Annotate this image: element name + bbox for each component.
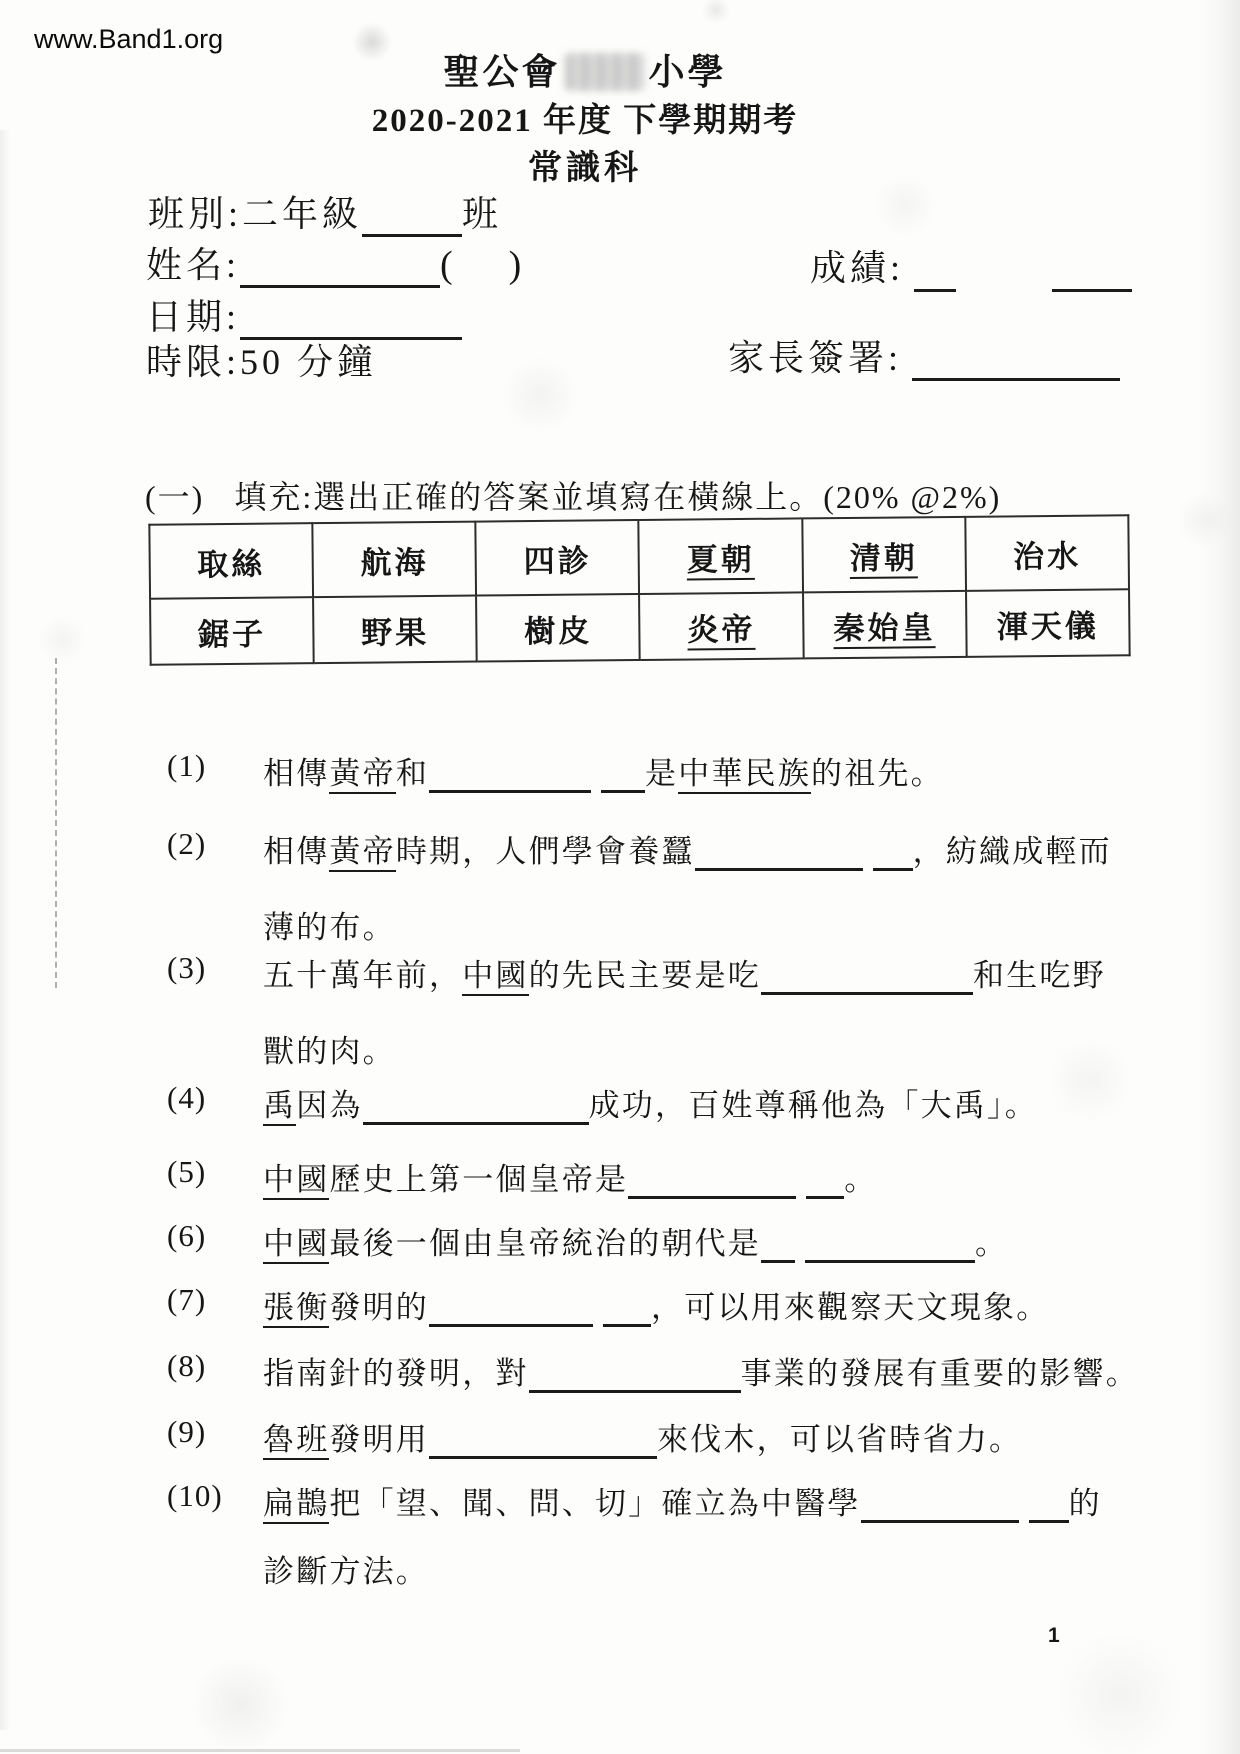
text-run: 是 <box>645 756 678 791</box>
class-label: 班別:二年級 <box>148 194 362 234</box>
answer-blank <box>761 1228 795 1263</box>
parent-signature-label: 家長簽署: <box>728 338 902 378</box>
redacted-school-name <box>565 53 645 91</box>
question-9: (9) 魯班發明用來伐木，可以省時省力。 <box>167 1414 1022 1459</box>
paren-close: ) <box>509 244 522 286</box>
score-blank-line-2 <box>1052 275 1132 292</box>
section-one-header: (一) 填充:選出正確的答案並填寫在橫線上。(20% @2%) <box>145 472 1001 518</box>
word-bank-cell: 夏朝 <box>639 518 803 594</box>
name-field: 姓名:() <box>146 237 521 288</box>
text-run: 發明用 <box>329 1422 429 1457</box>
class-field: 班別:二年級班 <box>148 186 502 237</box>
word: 渾天儀 <box>997 608 1099 644</box>
time-limit-label: 時限:50 分鐘 <box>146 342 377 382</box>
answer-blank <box>603 1292 651 1327</box>
school-name-prefix: 聖公會 <box>443 52 560 92</box>
exam-paper-page: www.Band1.org 聖公會小學 2020-2021 年度 下學期期考 常… <box>0 0 1240 1754</box>
answer-blank <box>761 960 973 995</box>
class-blank-line <box>362 197 462 237</box>
score-label: 成績: <box>810 248 904 288</box>
question-6: (6) 中國最後一個由皇帝統治的朝代是。 <box>167 1218 1008 1263</box>
question-number: (5) <box>167 1154 263 1199</box>
answer-blank <box>861 1488 1019 1523</box>
question-number: (9) <box>167 1414 263 1459</box>
word: 取絲 <box>197 546 265 582</box>
word-bank-cell: 取絲 <box>149 523 313 599</box>
word: 航海 <box>360 545 428 581</box>
question-10-line-2: 診斷方法。 <box>263 1546 429 1591</box>
section-instruction: 填充:選出正確的答案並填寫在橫線上。(20% @2%) <box>234 472 1001 518</box>
text-run: 和 <box>396 756 429 791</box>
subject-title: 常識科 <box>0 140 1170 189</box>
word-underlined: 夏朝 <box>687 541 755 580</box>
question-text: 扁鵲把「望、聞、問、切」確立為中醫學的 <box>263 1478 1102 1523</box>
word-bank-row: 取絲 航海 四診 夏朝 清朝 治水 <box>149 515 1129 598</box>
question-3-line-2: 獸的肉。 <box>263 1026 396 1071</box>
text-run: 事業的發展有重要的影響。 <box>741 1356 1139 1391</box>
score-blank-line-1 <box>914 275 956 292</box>
answer-blank <box>695 836 863 871</box>
section-number: (一) <box>145 472 204 518</box>
word-bank-row: 鋸子 野果 樹皮 炎帝 秦始皇 渾天儀 <box>150 589 1130 664</box>
answer-blank <box>429 1424 657 1459</box>
text-run: 相傳 <box>263 834 329 869</box>
word-bank-cell: 秦始皇 <box>803 591 967 659</box>
word-bank-cell: 野果 <box>313 596 477 664</box>
text-run: 。 <box>975 1226 1008 1261</box>
answer-blank <box>1029 1488 1069 1523</box>
answer-blank <box>429 1292 593 1327</box>
text-run: 的 <box>1069 1486 1102 1521</box>
word-underlined: 清朝 <box>850 540 918 579</box>
paren-open: ( <box>440 244 453 286</box>
date-label: 日期: <box>146 297 240 337</box>
parent-signature-blank-line <box>912 341 1120 381</box>
name-blank-line <box>240 248 440 288</box>
question-number: (4) <box>167 1080 263 1125</box>
date-field: 日期: <box>146 289 462 340</box>
class-unit-label: 班 <box>462 194 502 234</box>
text-run: 歷史上第一個皇帝是 <box>329 1162 628 1197</box>
time-limit-field: 時限:50 分鐘 <box>146 334 377 385</box>
word-bank-cell: 鋸子 <box>150 597 314 665</box>
question-number: (2) <box>167 826 263 871</box>
word-underlined: 秦始皇 <box>833 610 935 649</box>
word: 治水 <box>1013 538 1081 574</box>
answer-blank <box>806 1164 844 1199</box>
question-number: (10) <box>167 1478 263 1523</box>
text-run: ，紡織成輕而 <box>913 834 1112 869</box>
text-run: 的先民主要是吃 <box>529 958 761 993</box>
parent-signature-field: 家長簽署: <box>728 330 1120 381</box>
text-run: 最後一個由皇帝統治的朝代是 <box>329 1226 761 1261</box>
word-underlined: 炎帝 <box>687 611 755 650</box>
text-run: 來伐木，可以省時省力。 <box>657 1422 1022 1457</box>
scan-edge-right <box>1198 0 1240 1754</box>
word-bank-cell: 航海 <box>312 522 476 598</box>
word: 野果 <box>361 615 429 651</box>
question-text: 張衡發明的，可以用來觀察天文現象。 <box>263 1282 1049 1327</box>
question-4: (4) 禹因為成功，百姓尊稱他為「大禹」。 <box>167 1080 1038 1125</box>
answer-blank <box>363 1090 589 1125</box>
question-text: 相傳黃帝時期，人們學會養蠶，紡織成輕而 <box>263 826 1112 871</box>
question-number: (7) <box>167 1282 263 1327</box>
text-run: 的祖先。 <box>811 756 944 791</box>
question-number: (8) <box>167 1348 263 1393</box>
question-text: 中國最後一個由皇帝統治的朝代是。 <box>263 1218 1008 1263</box>
question-2-line-2: 薄的布。 <box>263 902 396 947</box>
word: 樹皮 <box>524 613 592 649</box>
scan-edge-left <box>0 130 10 1730</box>
school-name-title: 聖公會小學 <box>0 44 1170 95</box>
text-run: 相傳 <box>263 756 329 791</box>
answer-blank <box>873 836 913 871</box>
question-number: (6) <box>167 1218 263 1263</box>
question-text: 禹因為成功，百姓尊稱他為「大禹」。 <box>263 1080 1038 1125</box>
word-bank-cell: 四診 <box>476 520 640 596</box>
word: 鋸子 <box>198 616 266 652</box>
text-run: 時期，人們學會養蠶 <box>396 834 695 869</box>
answer-blank <box>529 1358 741 1393</box>
text-run: 指南針的發明，對 <box>263 1356 529 1391</box>
text-run: 和生吃野 <box>973 958 1106 993</box>
name-label: 姓名: <box>146 245 240 285</box>
question-text: 魯班發明用來伐木，可以省時省力。 <box>263 1414 1022 1459</box>
question-text: 指南針的發明，對事業的發展有重要的影響。 <box>263 1348 1139 1393</box>
proper-noun: 扁鵲 <box>263 1486 329 1524</box>
text-run: 因為 <box>296 1088 362 1123</box>
term-title: 2020-2021 年度 下學期期考 <box>0 94 1170 141</box>
question-5: (5) 中國歷史上第一個皇帝是。 <box>167 1154 877 1199</box>
proper-noun: 中華民族 <box>678 756 811 794</box>
text-run: 。 <box>844 1162 877 1197</box>
proper-noun: 黃帝 <box>329 834 395 872</box>
answer-blank <box>601 758 645 793</box>
question-1: (1) 相傳黃帝和是中華民族的祖先。 <box>167 748 944 793</box>
scan-edge-bottom <box>0 1749 520 1752</box>
question-8: (8) 指南針的發明，對事業的發展有重要的影響。 <box>167 1348 1139 1393</box>
score-field: 成績: <box>810 240 1132 292</box>
scan-artifact-line <box>55 658 57 988</box>
question-number: (3) <box>167 950 263 995</box>
answer-blank <box>805 1228 975 1263</box>
proper-noun: 張衡 <box>263 1290 329 1328</box>
word-bank-table: 取絲 航海 四診 夏朝 清朝 治水 鋸子 野果 樹皮 炎帝 秦始皇 渾天儀 <box>148 514 1130 665</box>
text-run: ，可以用來觀察天文現象。 <box>651 1290 1049 1325</box>
proper-noun: 魯班 <box>263 1422 329 1460</box>
question-text: 相傳黃帝和是中華民族的祖先。 <box>263 748 944 793</box>
proper-noun: 中國 <box>263 1226 329 1264</box>
answer-blank <box>429 758 591 793</box>
question-text: 中國歷史上第一個皇帝是。 <box>263 1154 877 1199</box>
proper-noun: 黃帝 <box>329 756 395 794</box>
proper-noun: 中國 <box>263 1162 329 1200</box>
page-number: 1 <box>1048 1624 1060 1648</box>
question-10: (10) 扁鵲把「望、聞、問、切」確立為中醫學的 <box>167 1478 1102 1523</box>
word-bank-cell: 炎帝 <box>640 592 804 660</box>
text-run: 把「望、聞、問、切」確立為中醫學 <box>329 1486 860 1521</box>
word-bank-cell: 渾天儀 <box>966 589 1130 657</box>
question-7: (7) 張衡發明的，可以用來觀察天文現象。 <box>167 1282 1049 1327</box>
proper-noun: 中國 <box>462 958 528 996</box>
answer-blank <box>628 1164 796 1199</box>
school-name-suffix: 小學 <box>649 52 727 92</box>
question-number: (1) <box>167 748 263 793</box>
word-bank-cell: 治水 <box>965 515 1129 591</box>
text-run: 發明的 <box>329 1290 429 1325</box>
question-3: (3) 五十萬年前，中國的先民主要是吃和生吃野 <box>167 950 1106 995</box>
text-run: 成功，百姓尊稱他為「大禹」。 <box>589 1088 1038 1123</box>
word-bank-cell: 樹皮 <box>476 594 640 662</box>
question-2: (2) 相傳黃帝時期，人們學會養蠶，紡織成輕而 <box>167 826 1112 871</box>
text-run: 五十萬年前， <box>263 958 462 993</box>
word: 四診 <box>523 543 591 579</box>
proper-noun: 禹 <box>263 1088 296 1126</box>
word-bank-cell: 清朝 <box>802 517 966 593</box>
question-text: 五十萬年前，中國的先民主要是吃和生吃野 <box>263 950 1106 995</box>
